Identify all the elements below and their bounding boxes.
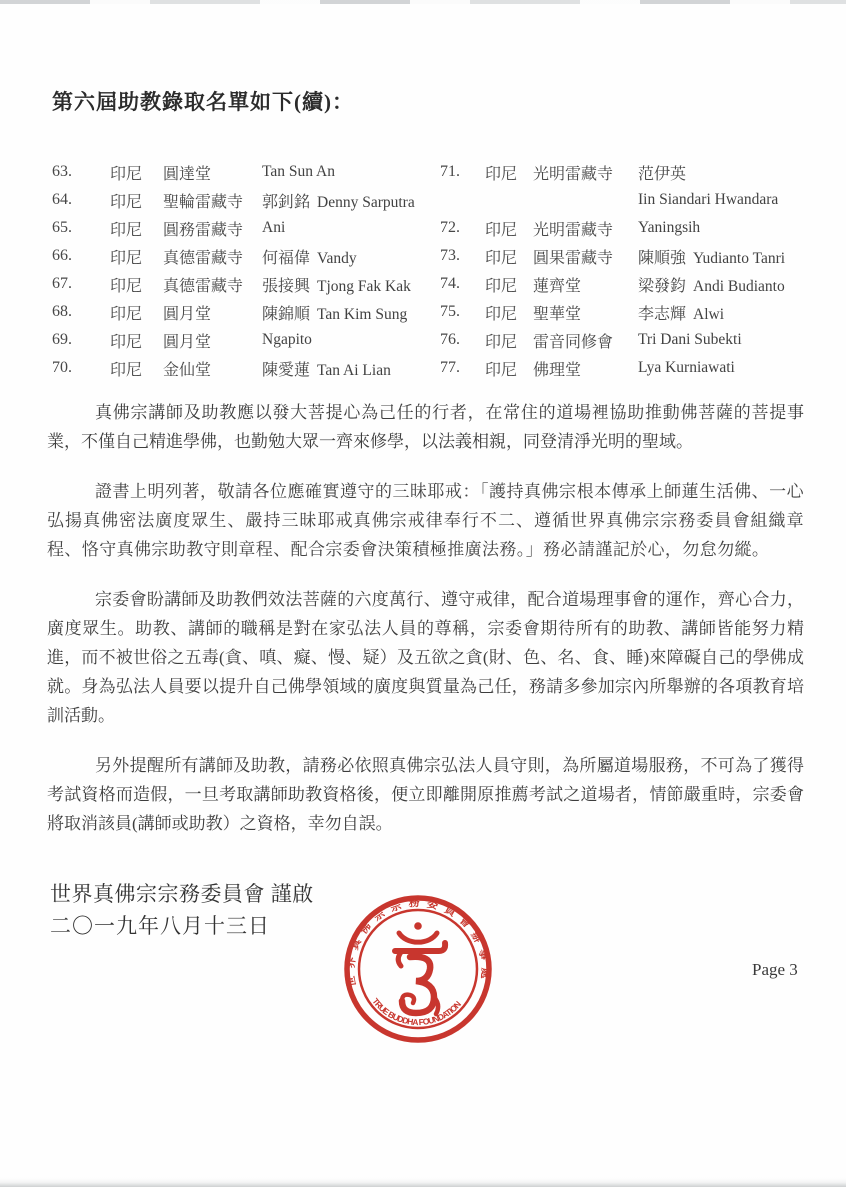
row-name-chinese: 范伊英 (638, 166, 686, 183)
row-number: 65. (52, 219, 110, 237)
row-name-chinese: 李志輝 (638, 306, 686, 323)
row-number: 68. (52, 303, 110, 321)
row-country: 印尼 (110, 301, 163, 324)
row-name-roman: Vandy (317, 250, 357, 267)
row-number: 64. (52, 191, 110, 209)
table-row: 68.印尼圓月堂陳錦順Tan Kim Sung (52, 298, 440, 326)
table-row: 75.印尼聖華堂李志輝Alwi (440, 298, 822, 326)
table-row: 69.印尼圓月堂Ngapito (52, 326, 440, 354)
row-number: 76. (440, 331, 485, 349)
row-name-chinese: 陳順強 (638, 250, 686, 267)
row-number: 73. (440, 247, 485, 265)
row-name-chinese: 何福偉 (262, 250, 310, 267)
table-row: 72.印尼光明雷藏寺Yaningsih (440, 214, 822, 242)
row-name: Iin Siandari Hwandara (638, 191, 822, 209)
row-temple: 真德雷藏寺 (163, 273, 262, 296)
row-name-roman: Denny Sarputra (317, 194, 415, 211)
row-number: 77. (440, 359, 485, 377)
row-temple: 圓月堂 (163, 301, 262, 324)
row-temple: 圓月堂 (163, 329, 262, 352)
row-name: 李志輝Alwi (638, 301, 822, 324)
table-row: 70.印尼金仙堂陳愛蓮Tan Ai Lian (52, 354, 440, 382)
table-row: 77.印尼佛理堂Lya Kurniawati (440, 354, 822, 382)
row-name: Ngapito (262, 331, 440, 349)
row-name-roman: Ngapito (262, 331, 312, 348)
seed-syllable-icon (395, 922, 445, 1014)
row-name-chinese: 張接興 (262, 278, 310, 295)
row-temple: 光明雷藏寺 (533, 217, 638, 240)
row-name-roman: Tri Dani Subekti (638, 331, 742, 348)
row-country: 印尼 (110, 329, 163, 352)
row-temple: 圓達堂 (163, 161, 262, 184)
row-name: Ani (262, 219, 440, 237)
row-number: 71. (440, 163, 485, 181)
row-name-roman: Ani (262, 219, 285, 236)
signature-block: 世界真佛宗宗務委員會 謹啟 二〇一九年八月十三日 (50, 878, 314, 942)
row-name-roman: Yudianto Tanri (693, 250, 785, 267)
row-country: 印尼 (485, 161, 533, 184)
row-name-roman: Yaningsih (638, 219, 700, 236)
roster-column-left: 63.印尼圓達堂Tan Sun An64.印尼聖輪雷藏寺郭釗銘Denny Sar… (52, 158, 440, 382)
row-country: 印尼 (110, 161, 163, 184)
row-country: 印尼 (485, 273, 533, 296)
row-name-roman: Tan Kim Sung (317, 306, 407, 323)
row-number: 72. (440, 219, 485, 237)
scan-artifact-top (0, 0, 846, 4)
row-name-roman: Iin Siandari Hwandara (638, 191, 778, 208)
table-row: 66.印尼真德雷藏寺何福偉Vandy (52, 242, 440, 270)
row-country: 印尼 (110, 357, 163, 380)
row-country: 印尼 (485, 329, 533, 352)
admission-roster: 63.印尼圓達堂Tan Sun An64.印尼聖輪雷藏寺郭釗銘Denny Sar… (52, 158, 822, 382)
row-name: Tan Sun An (262, 163, 440, 181)
row-name: Yaningsih (638, 219, 822, 237)
table-row: 64.印尼聖輪雷藏寺郭釗銘Denny Sarputra (52, 186, 440, 214)
row-name-roman: Andi Budianto (693, 278, 785, 295)
paragraph-expectations: 宗委會盼講師及助教們效法菩薩的六度萬行、遵守戒律，配合道場理事會的運作，齊心合力… (47, 585, 804, 730)
scan-artifact-bottom (0, 1177, 846, 1187)
row-country: 印尼 (110, 217, 163, 240)
row-number: 66. (52, 247, 110, 265)
row-name: 張接興Tjong Fak Kak (262, 273, 440, 296)
row-name-chinese: 郭釗銘 (262, 194, 310, 211)
row-number: 74. (440, 275, 485, 293)
body-text: 真佛宗講師及助教應以發大菩提心為己任的行者，在常住的道場裡協助推動佛菩薩的菩提事… (47, 398, 804, 859)
row-name: 陳錦順Tan Kim Sung (262, 301, 440, 324)
row-country: 印尼 (485, 245, 533, 268)
paragraph-mission: 真佛宗講師及助教應以發大菩提心為己任的行者，在常住的道場裡協助推動佛菩薩的菩提事… (47, 398, 804, 456)
row-temple: 聖華堂 (533, 301, 638, 324)
roster-column-right: 71.印尼光明雷藏寺范伊英Iin Siandari Hwandara72.印尼光… (440, 158, 822, 382)
row-country: 印尼 (110, 245, 163, 268)
page-number: Page 3 (752, 960, 798, 980)
page-title: 第六屆助教錄取名單如下(續)： (52, 86, 354, 116)
row-name-chinese: 陳愛蓮 (262, 362, 310, 379)
row-country: 印尼 (485, 217, 533, 240)
paragraph-samaya-precepts: 證書上明列著，敬請各位應確實遵守的三昧耶戒：「護持真佛宗根本傳承上師蓮生活佛、一… (47, 477, 804, 564)
table-row: Iin Siandari Hwandara (440, 186, 822, 214)
row-temple: 聖輪雷藏寺 (163, 189, 262, 212)
table-row: 71.印尼光明雷藏寺范伊英 (440, 158, 822, 186)
row-temple: 佛理堂 (533, 357, 638, 380)
row-name: 何福偉Vandy (262, 245, 440, 268)
row-number: 69. (52, 331, 110, 349)
row-name: Tri Dani Subekti (638, 331, 822, 349)
true-buddha-foundation-seal: 世界真佛宗宗務委員會辦事處 TRUE BUDDHA FOUNDATION (342, 893, 494, 1045)
row-name: 陳愛蓮Tan Ai Lian (262, 357, 440, 380)
row-name-chinese: 梁發鈞 (638, 278, 686, 295)
row-country: 印尼 (110, 273, 163, 296)
row-number: 67. (52, 275, 110, 293)
scanned-document-page: 第六屆助教錄取名單如下(續)： 63.印尼圓達堂Tan Sun An64.印尼聖… (0, 0, 846, 1187)
row-name-roman: Tan Ai Lian (317, 362, 391, 379)
row-number: 70. (52, 359, 110, 377)
table-row: 67.印尼真德雷藏寺張接興Tjong Fak Kak (52, 270, 440, 298)
row-name-roman: Tjong Fak Kak (317, 278, 411, 295)
row-temple: 金仙堂 (163, 357, 262, 380)
signature-date: 二〇一九年八月十三日 (50, 910, 314, 942)
row-number: 75. (440, 303, 485, 321)
signature-org: 世界真佛宗宗務委員會 謹啟 (50, 878, 314, 910)
row-country: 印尼 (485, 357, 533, 380)
row-temple: 蓮齊堂 (533, 273, 638, 296)
row-name: Lya Kurniawati (638, 359, 822, 377)
row-name-roman: Tan Sun An (262, 163, 335, 180)
row-name: 梁發鈞Andi Budianto (638, 273, 822, 296)
table-row: 65.印尼圓務雷藏寺Ani (52, 214, 440, 242)
row-temple: 圓務雷藏寺 (163, 217, 262, 240)
row-country: 印尼 (110, 189, 163, 212)
row-name: 陳順強Yudianto Tanri (638, 245, 822, 268)
row-country: 印尼 (485, 301, 533, 324)
row-temple: 真德雷藏寺 (163, 245, 262, 268)
row-name: 郭釗銘Denny Sarputra (262, 189, 440, 212)
paragraph-reminder: 另外提醒所有講師及助教，請務必依照真佛宗弘法人員守則，為所屬道場服務，不可為了獲… (47, 751, 804, 838)
table-row: 76.印尼雷音同修會Tri Dani Subekti (440, 326, 822, 354)
row-number: 63. (52, 163, 110, 181)
row-name: 范伊英 (638, 161, 822, 184)
row-name-roman: Lya Kurniawati (638, 359, 735, 376)
row-name-chinese: 陳錦順 (262, 306, 310, 323)
table-row: 73.印尼圓果雷藏寺陳順強Yudianto Tanri (440, 242, 822, 270)
table-row: 63.印尼圓達堂Tan Sun An (52, 158, 440, 186)
row-name-roman: Alwi (693, 306, 724, 323)
table-row: 74.印尼蓮齊堂梁發鈞Andi Budianto (440, 270, 822, 298)
row-temple: 光明雷藏寺 (533, 161, 638, 184)
row-temple: 雷音同修會 (533, 329, 638, 352)
row-temple: 圓果雷藏寺 (533, 245, 638, 268)
